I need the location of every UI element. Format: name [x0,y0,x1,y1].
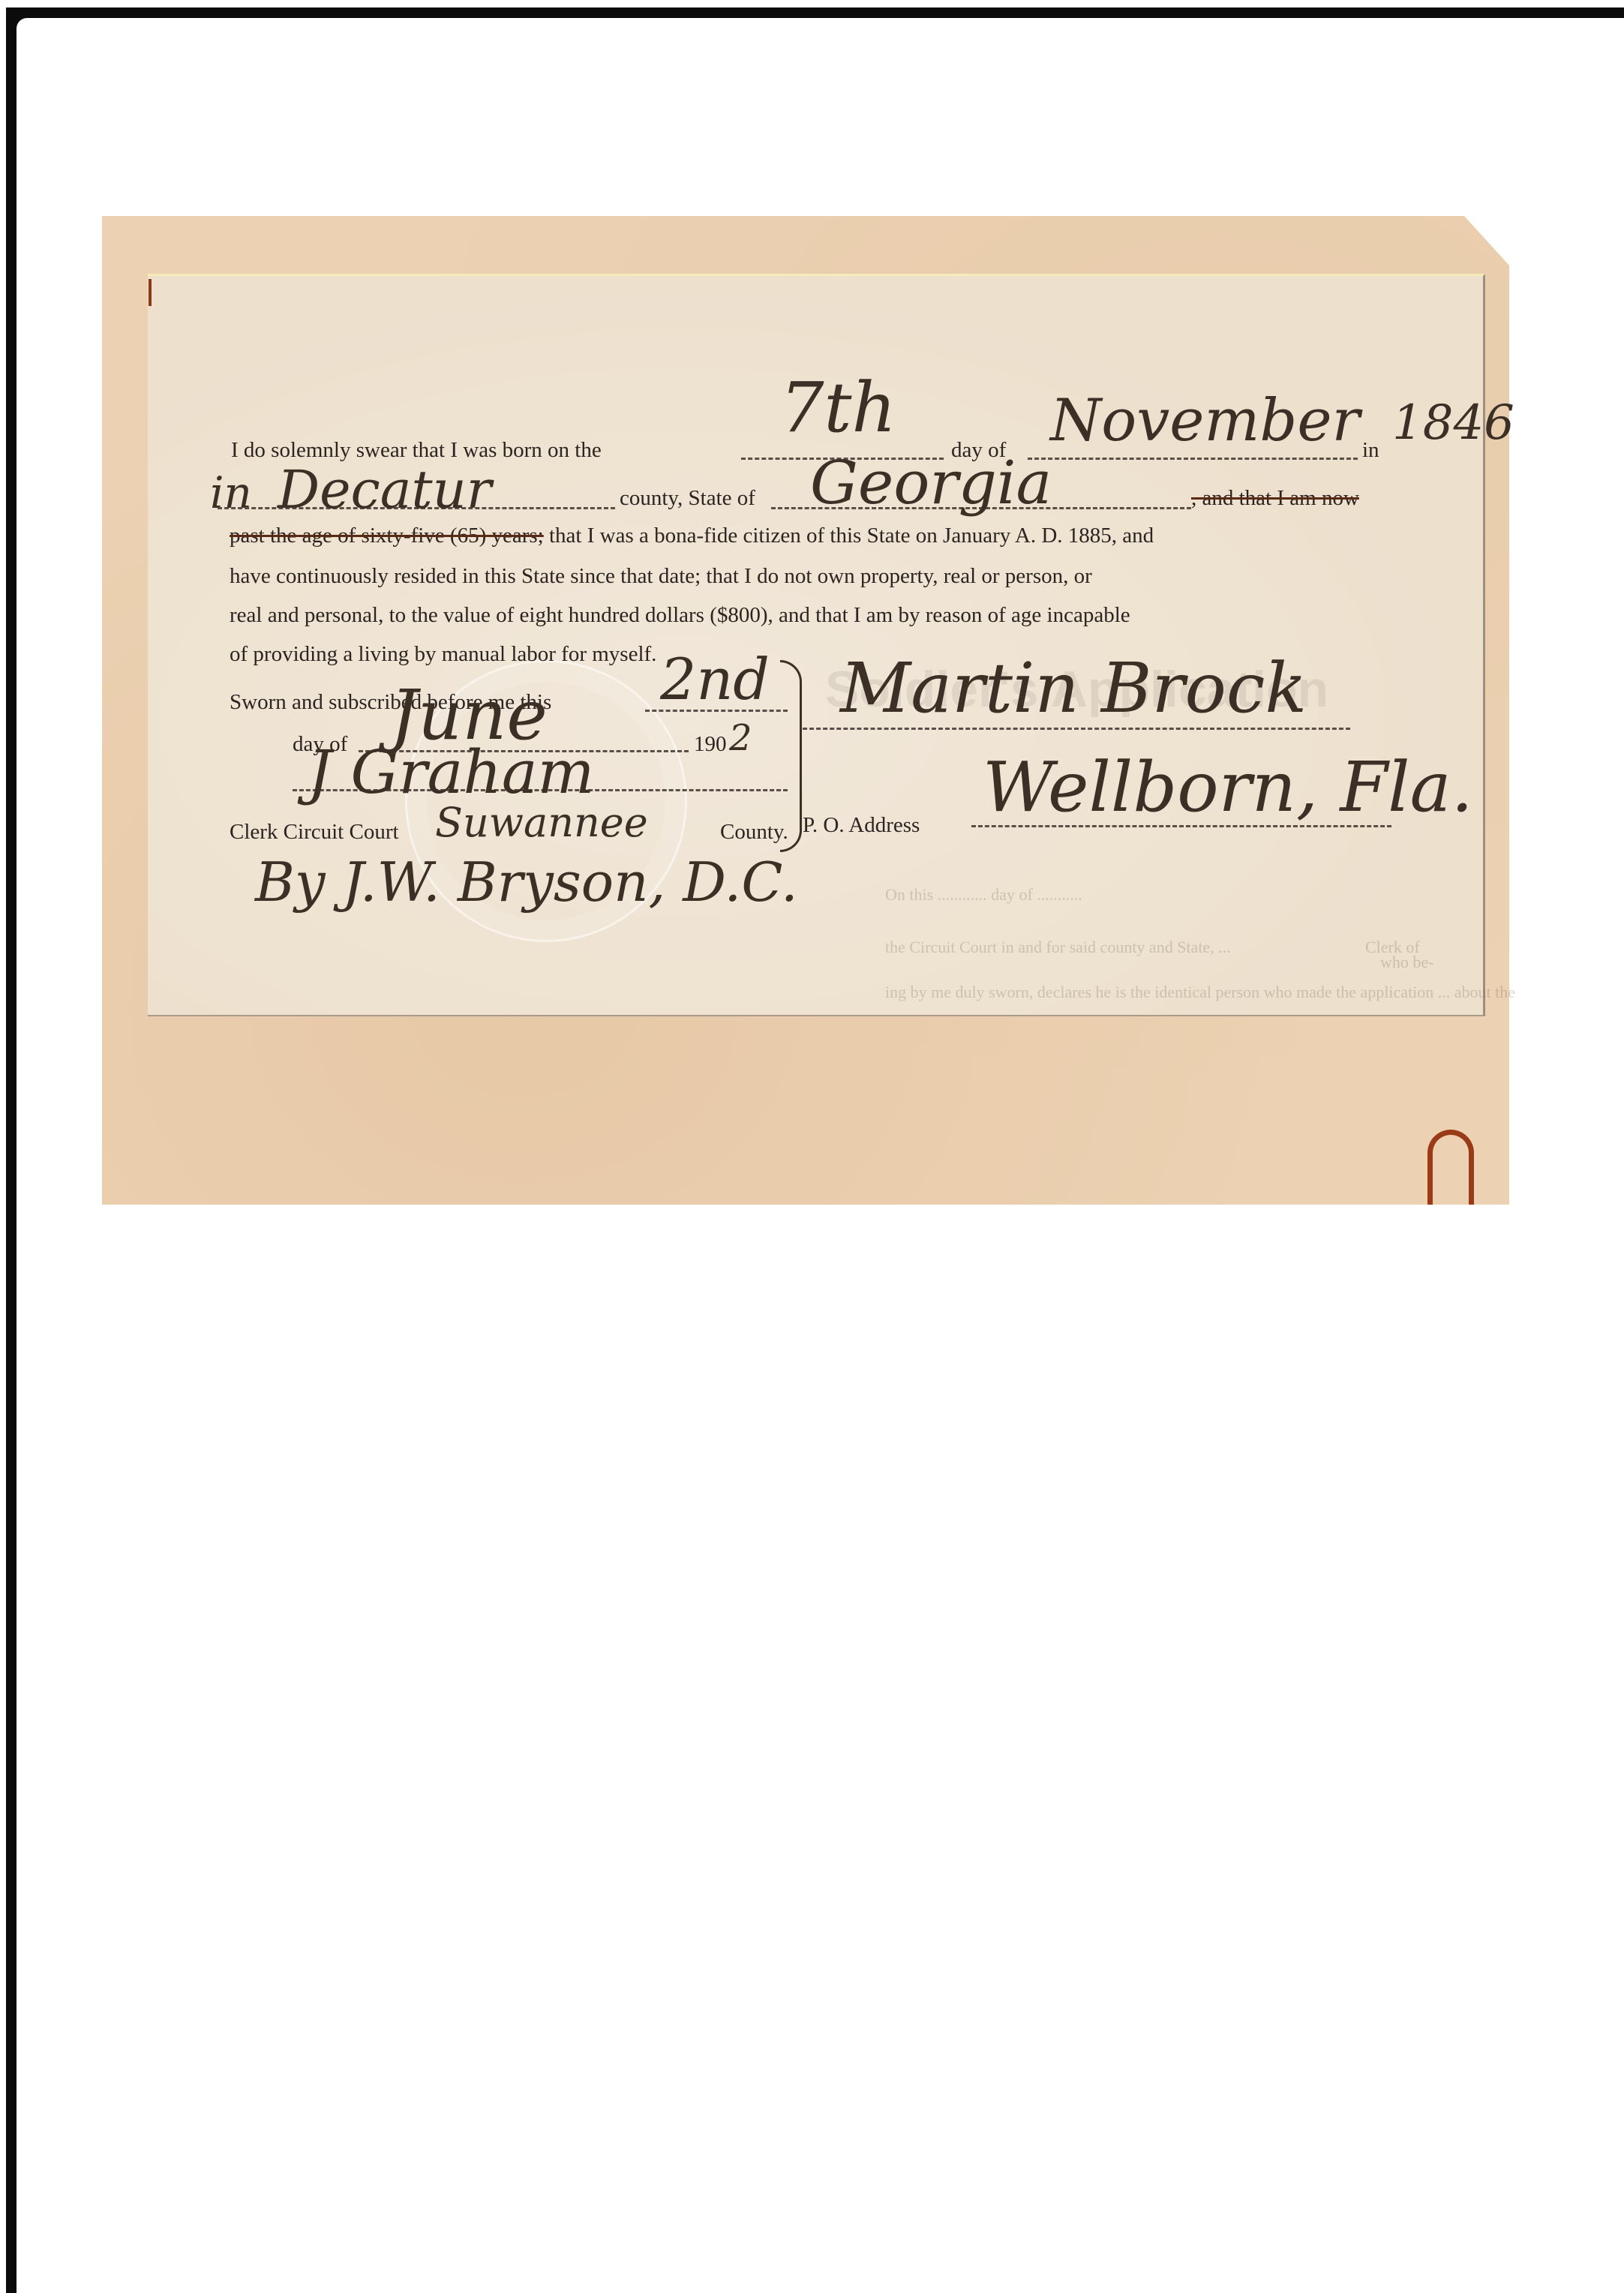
birth-state-value: Georgia [810,453,1052,513]
deputy-clerk-signature: By J.W. Bryson, D.C. [255,855,798,909]
oath-line-3: past the age of sixty-five (65) years; t… [230,525,1154,547]
birth-month-value: November [1050,392,1360,450]
county-label: County. [720,821,788,843]
red-loop-mark [1427,1130,1474,1205]
struck-age-clause: past the age of sixty-five (65) years; [230,524,544,548]
brace-separator [780,660,802,852]
scanner-frame-left [6,8,17,2293]
ghost-line: ing by me duly sworn, declares he is the… [885,983,1515,1002]
oath-line-2-county: county, State of [620,488,755,509]
red-margin-mark [149,279,152,306]
clerk-label: Clerk Circuit Court [230,821,399,843]
scanner-frame-top [6,8,1624,18]
ghost-line: On this ............ day of ........... [885,885,1082,905]
ghost-line: who be- [1380,953,1433,972]
oath-line-1-prefix: I do solemnly swear that I was born on t… [231,440,602,461]
ghost-line: the Circuit Court in and for said county… [885,938,1231,957]
oath-line-5: real and personal, to the value of eight… [230,605,1130,626]
applicant-signature: Martin Brock [840,654,1307,723]
scanner-frame-corner [17,18,39,41]
birth-county-value: Decatur [278,464,491,516]
oath-line-6: of providing a living by manual labor fo… [230,644,656,665]
po-address-label: P. O. Address [803,815,920,836]
oath-line-2-struck: , and that I am now [1191,488,1359,509]
sworn-day-value: 2nd [660,651,770,708]
po-address-value: Wellborn, Fla. [983,753,1473,822]
oath-line-4: have continuously resided in this State … [230,566,1092,587]
citizenship-clause: that I was a bona-fide citizen of this S… [549,524,1154,548]
oath-line-1-in: in [1362,440,1379,461]
sworn-year-suffix: 2 [729,720,752,756]
clerk-county-value: Suwannee [435,803,648,843]
clerk-signature: J Graham [308,743,594,803]
year-prefix: 190 [694,734,727,755]
birth-day-value: 7th [780,374,896,443]
birth-year-value: 1846 [1392,399,1514,447]
birth-month-line [1028,458,1358,460]
